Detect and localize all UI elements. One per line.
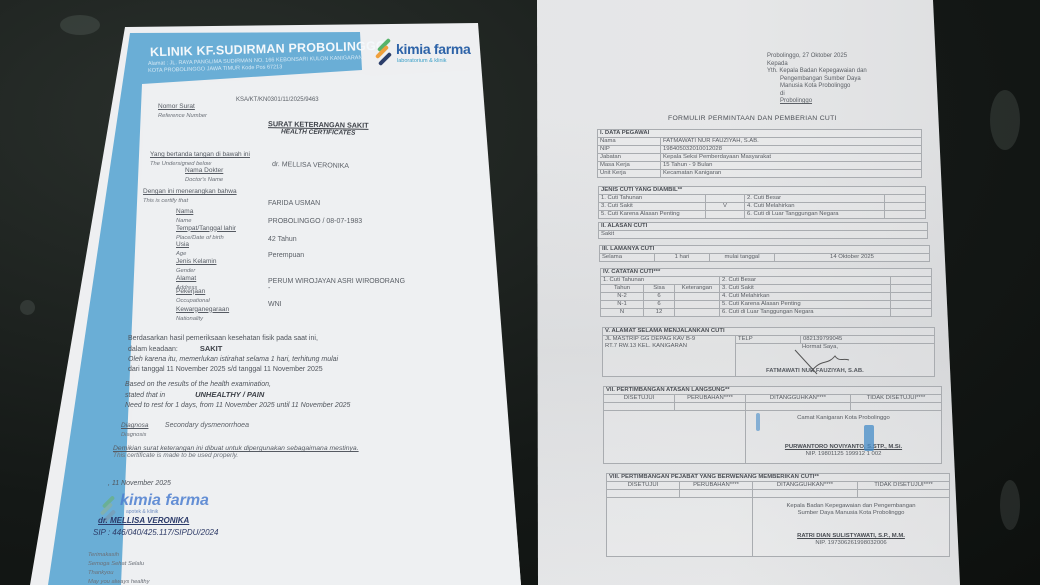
letter-header: Probolinggo, 27 Oktober 2025 Kepada Yth.… — [767, 53, 947, 106]
field-age: UsiaAge 42 Tahun — [176, 233, 236, 250]
authority-decision-table: VIII. PERTIMBANGAN PEJABAT YANG BERWENAN… — [606, 473, 950, 557]
field-gender: Jenis KelaminGender Perempuan — [176, 250, 236, 267]
reference-label: Nomor Surat Reference Number — [158, 95, 207, 120]
leave-duration-table: III. LAMANYA CUTI Selama1 harimulai tang… — [599, 245, 930, 262]
authority-name: RATRI DIAN SULISTYAWATI, S.P., M.M. — [755, 533, 947, 540]
leave-type-check: V — [706, 203, 745, 211]
field-birth: Tempat/Tanggal lahirPlace/Date of birth … — [176, 217, 236, 234]
kimia-farma-logo: kimia farma laboratorium & klinik — [372, 38, 482, 68]
recipient-city: Probolinggo — [767, 98, 947, 106]
applicant-name: FATMAWATI NUR FAUZIYAH, S.AB. — [766, 368, 864, 375]
patient-fields: NamaName FARIDA USMAN Tempat/Tanggal lah… — [176, 200, 236, 314]
health-state-en: UNHEALTHY / PAIN — [195, 390, 264, 399]
employee-data-table: I. DATA PEGAWAI NamaFATMAWATI NUR FAUZIY… — [597, 129, 922, 178]
recipient-line: Manusia Kota Probolinggo — [767, 83, 947, 91]
footer-note: Terimakasih Semoga Sehat Selalu Thankyou… — [88, 551, 150, 585]
field-name: NamaName FARIDA USMAN — [176, 200, 236, 217]
leave-reason-table: II. ALASAN CUTI Sakit — [598, 222, 928, 239]
recipient-line: Pengembangan Sumber Daya — [767, 76, 947, 84]
surface-speck — [990, 90, 1020, 150]
issue-date: , 11 November 2025 — [108, 480, 171, 487]
recipient-di: di — [767, 91, 947, 99]
supervisor-nip: NIP. 19801125 199912 1 002 — [748, 451, 939, 458]
health-state: SAKIT — [200, 344, 223, 353]
form-title: FORMULIR PERMINTAAN DAN PEMBERIAN CUTI — [668, 115, 837, 122]
reference-number: KSA/KT/KN0301/11/2025/9463 — [236, 97, 319, 103]
doctor-signature-name: dr. MELLISA VERONIKA — [98, 516, 189, 525]
surface-speck — [20, 300, 35, 315]
field-address: AlamatAddress PERUM WIROJAYAN ASRI WIROB… — [176, 267, 236, 280]
place-date: Probolinggo, 27 Oktober 2025 — [767, 53, 947, 61]
leave-address-table: V. ALAMAT SELAMA MENJALANKAN CUTI JL MAS… — [602, 327, 935, 377]
certificate-title: SURAT KETERANGAN SAKIT HEALTH CERTIFICAT… — [268, 119, 369, 137]
leave-notes-table: IV. CATATAN CUTI*** 1. Cuti Tahunan2. Cu… — [600, 268, 932, 317]
supervisor-name: PURWANTORO NOVIYANTO, S.STP., M.Si. — [748, 444, 939, 451]
diagnosis: Diagnosa Secondary dysmenorrhoea Diagnos… — [121, 414, 249, 439]
surface-speck — [1000, 480, 1020, 530]
leave-type-check — [706, 211, 745, 219]
recipient: Yth. Kepala Badan Kepegawaian dan — [767, 68, 947, 76]
doctor-sip: SIP : 446/040/425.117/SIPDU/2024 — [93, 528, 218, 537]
exam-result-id: Berdasarkan hasil pemeriksaan kesehatan … — [128, 334, 338, 375]
field-nationality: KewarganegaraanNationality WNI — [176, 298, 236, 314]
field-occupation: PekerjaanOccupational - — [176, 280, 236, 298]
leave-type-table: JENIS CUTI YANG DIAMBIL** 1. Cuti Tahuna… — [598, 186, 926, 219]
exam-result-en: Based on the results of the health exami… — [125, 380, 350, 411]
kimia-farma-logo-icon — [372, 38, 394, 68]
leave-type-check — [706, 195, 745, 203]
supervisor-decision-table: VII. PERTIMBANGAN ATASAN LANGSUNG** DISE… — [603, 386, 942, 464]
to-label: Kepada — [767, 61, 947, 69]
closing-statement: Demikian surat keterangan ini dibuat unt… — [113, 445, 359, 459]
stamp-mark-icon — [756, 413, 760, 431]
authority-nip: NIP. 197306261998032006 — [755, 540, 947, 547]
surface-speck — [60, 15, 100, 35]
stamp-mark-icon — [864, 425, 874, 451]
